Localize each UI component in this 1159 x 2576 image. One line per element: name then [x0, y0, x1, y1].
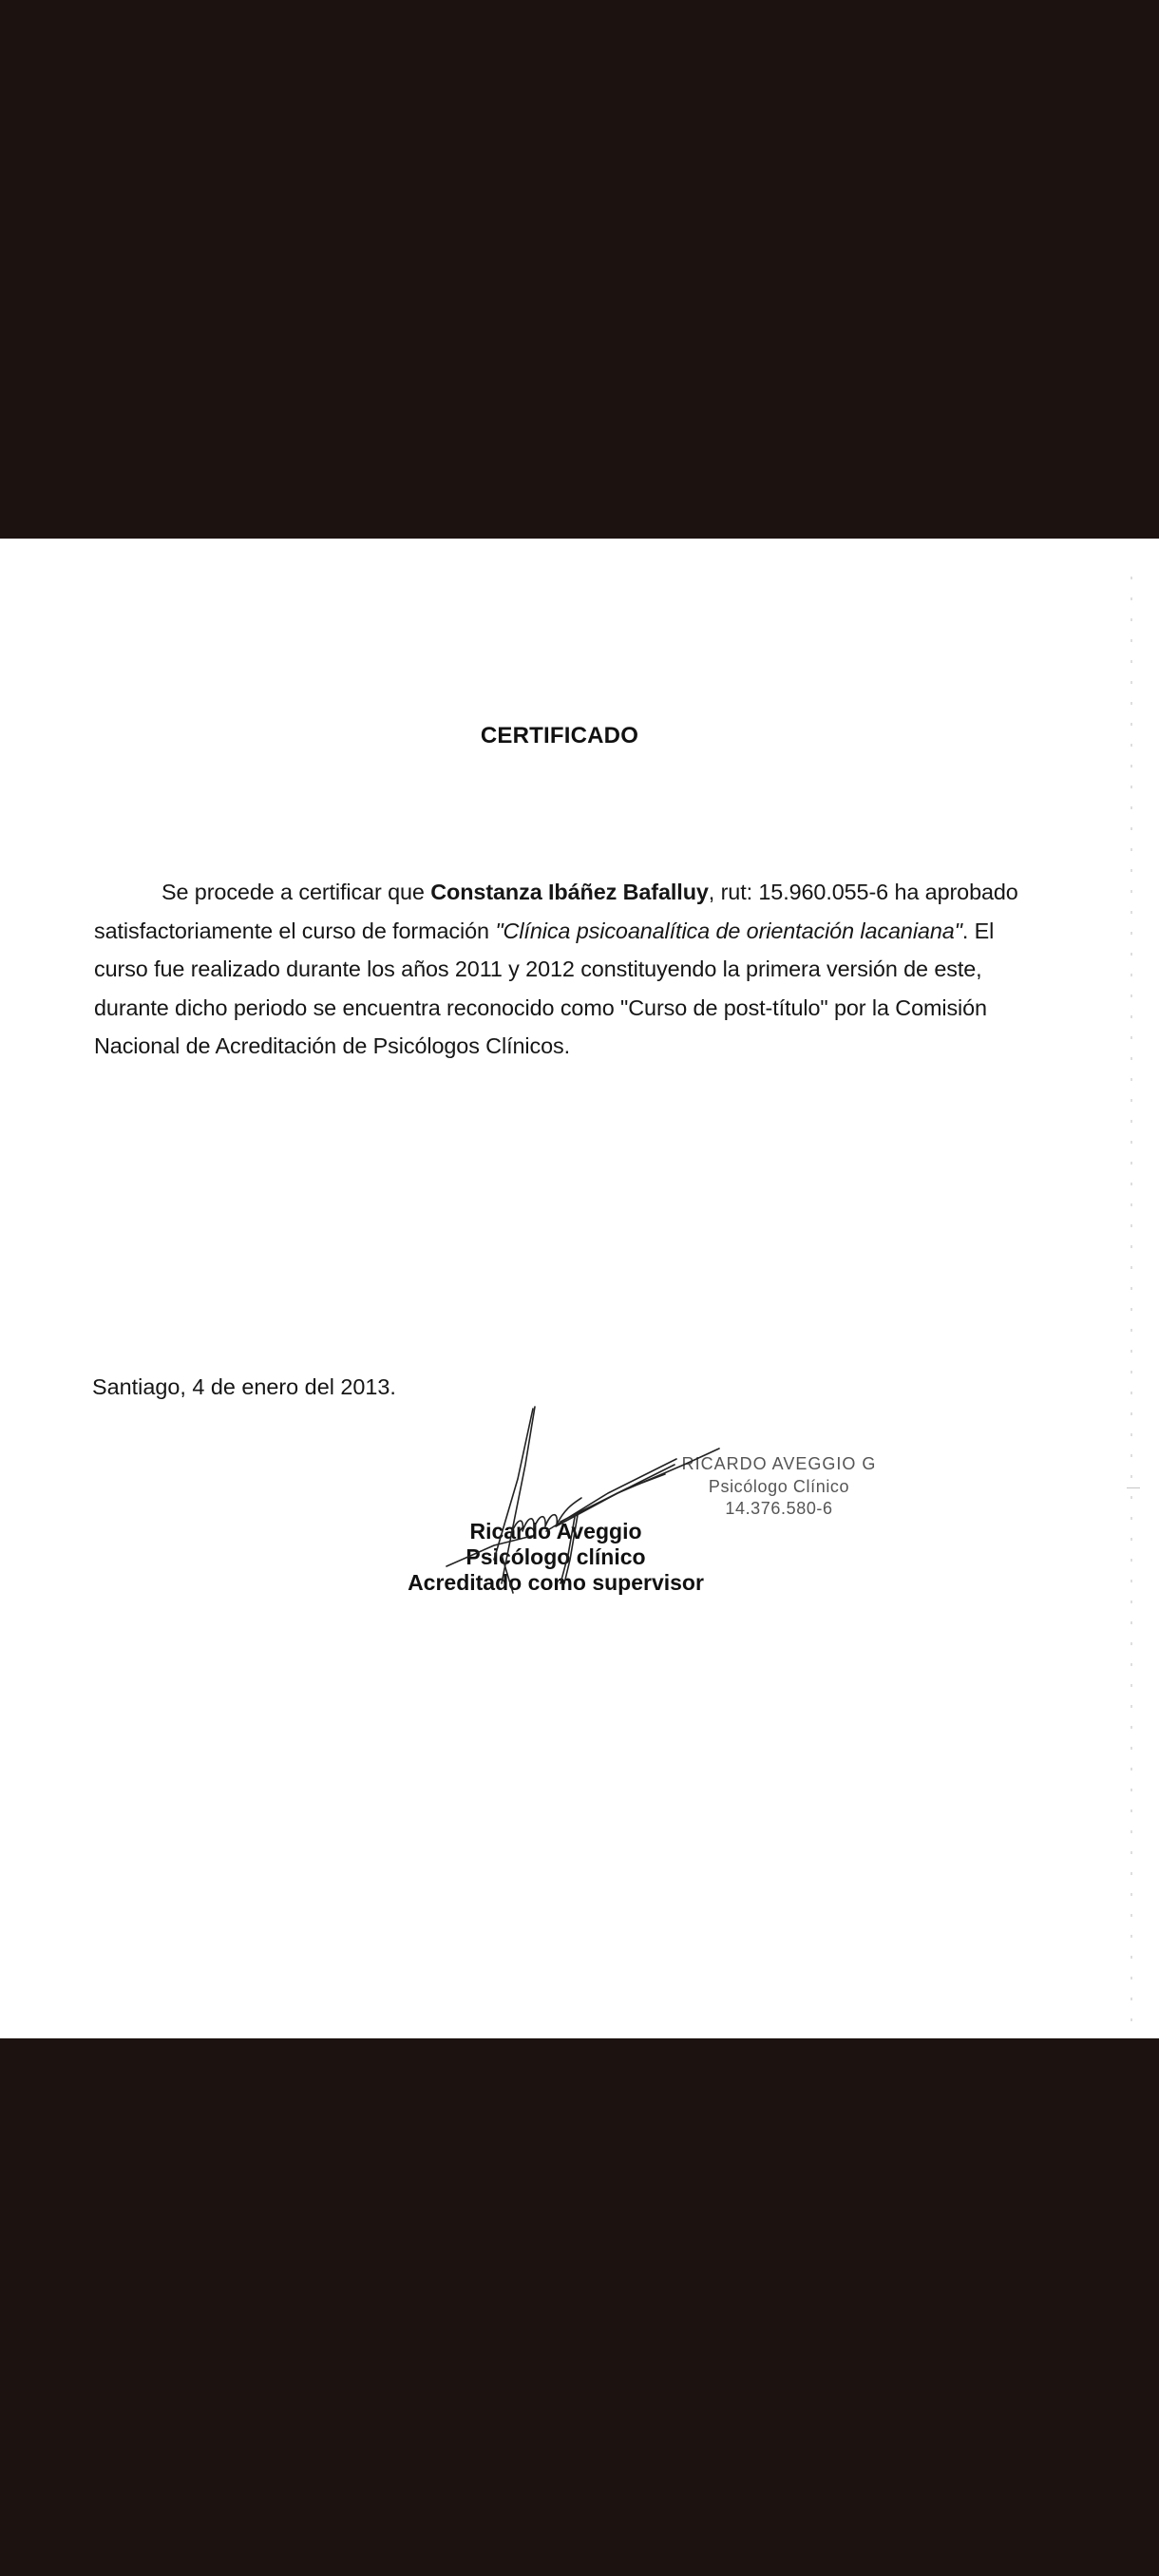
- document-title: CERTIFICADO: [0, 723, 1119, 749]
- course-name: "Clínica psicoanalítica de orientación l…: [495, 919, 962, 943]
- paragraph-intro: Se procede a certificar que: [161, 880, 430, 904]
- certificate-page: CERTIFICADO Se procede a certificar que …: [0, 539, 1159, 2038]
- recipient-name: Constanza Ibáñez Bafalluy: [430, 880, 709, 904]
- certificate-paragraph: Se procede a certificar que Constanza Ib…: [94, 873, 1044, 1066]
- handwritten-signature: [0, 539, 1159, 2038]
- scan-edge-tick: [1127, 1487, 1140, 1488]
- signatory-name: Ricardo Aveggio: [366, 1519, 746, 1544]
- signatory-profession: Psicólogo clínico: [366, 1544, 746, 1570]
- stamp-profession: Psicólogo Clínico: [665, 1476, 893, 1499]
- stamp-rut: 14.376.580-6: [665, 1498, 893, 1521]
- stamp-name: RICARDO AVEGGIO G: [665, 1453, 893, 1476]
- signatory-stamp: RICARDO AVEGGIO G Psicólogo Clínico 14.3…: [665, 1453, 893, 1521]
- scan-edge-marks: [1130, 577, 1132, 2030]
- signatory-accreditation: Acreditado como supervisor: [366, 1570, 746, 1596]
- signature-block: Ricardo Aveggio Psicólogo clínico Acredi…: [366, 1519, 746, 1596]
- place-date: Santiago, 4 de enero del 2013.: [92, 1374, 396, 1400]
